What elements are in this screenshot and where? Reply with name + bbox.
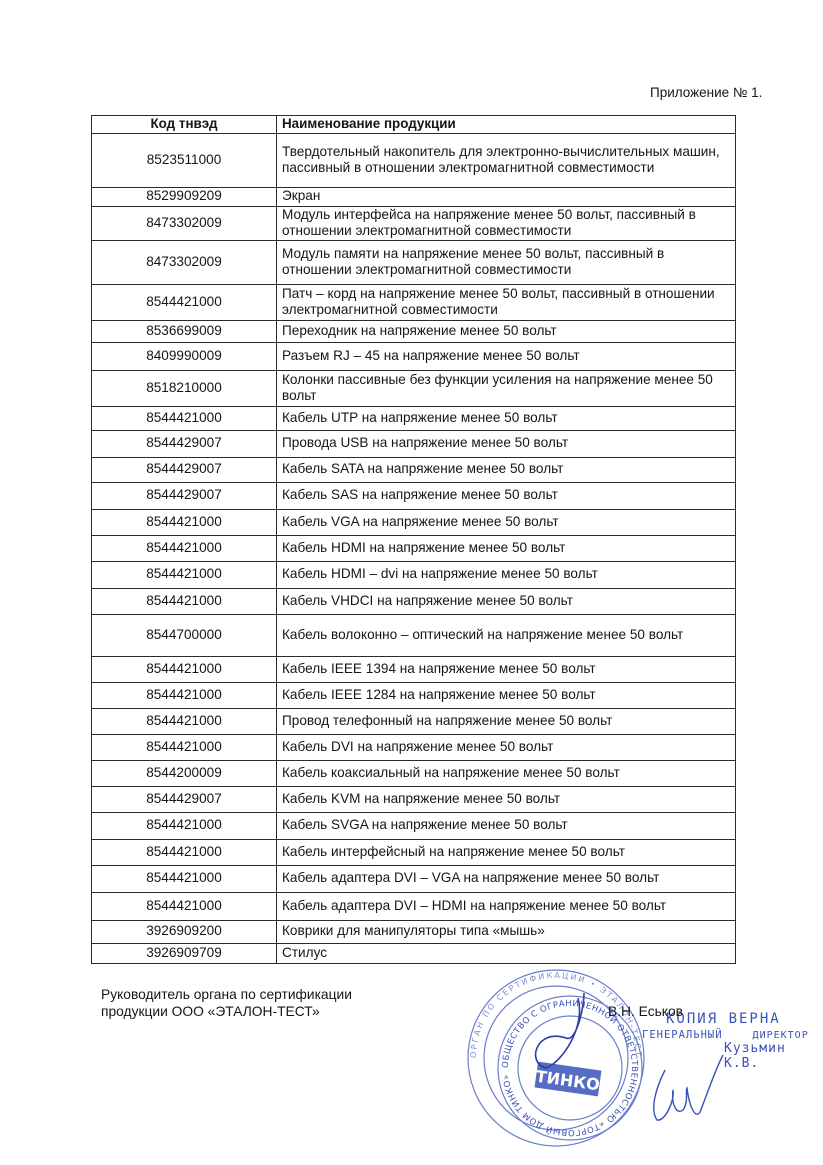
hs-code-cell: 8544429007 [92, 457, 277, 482]
column-header-name: Наименование продукции [277, 116, 736, 134]
hs-code-cell: 8544429007 [92, 786, 277, 812]
table-row: 8473302009Модуль интерфейса на напряжени… [92, 206, 736, 240]
product-name-cell: Провода USB на напряжение менее 50 вольт [277, 430, 736, 457]
product-name-cell: Стилус [277, 943, 736, 963]
hs-code-cell: 8473302009 [92, 240, 277, 284]
signatory-position-line-2: продукции ООО «ЭТАЛОН-ТЕСТ» [101, 1003, 352, 1020]
product-name-cell: Твердотельный накопитель для электронно-… [277, 133, 736, 187]
product-name-cell: Кабель SAS на напряжение менее 50 вольт [277, 482, 736, 509]
round-seal-stamp: ОРГАН ПО СЕРТИФИКАЦИИ • ЭТАЛОН-ТЕСТ ОБЩЕ… [466, 968, 646, 1148]
table-row: 8544421000Кабель IEEE 1284 на напряжение… [92, 682, 736, 708]
table-header-row: Код тнвэд Наименование продукции [92, 116, 736, 134]
signatory-position-line-1: Руководитель органа по сертификации [101, 986, 352, 1003]
table-row: 8544421000Кабель HDMI на напряжение мене… [92, 535, 736, 561]
product-name-cell: Кабель адаптера DVI – VGA на напряжение … [277, 865, 736, 892]
table-row: 8544421000Провод телефонный на напряжени… [92, 708, 736, 734]
table-row: 8544421000Патч – корд на напряжение мене… [92, 284, 736, 320]
table-row: 8544421000Кабель VGA на напряжение менее… [92, 509, 736, 535]
table-row: 8544421000Кабель интерфейсный на напряже… [92, 839, 736, 865]
hs-code-cell: 8544421000 [92, 708, 277, 734]
table-row: 8518210000Колонки пассивные без функции … [92, 370, 736, 406]
hs-code-cell: 8544421000 [92, 812, 277, 839]
table-row: 8544421000Кабель DVI на напряжение менее… [92, 734, 736, 760]
copy-stamp-line-1: КОПИЯ ВЕРНА [666, 1011, 823, 1027]
hs-code-cell: 8544421000 [92, 284, 277, 320]
hs-code-cell: 8544421000 [92, 561, 277, 588]
hs-code-cell: 8544421000 [92, 734, 277, 760]
table-row: 8536699009Переходник на напряжение менее… [92, 320, 736, 342]
hs-code-cell: 8523511000 [92, 133, 277, 187]
copy-stamp-director: ДИРЕКТОР [753, 1030, 809, 1041]
table-row: 3926909709Стилус [92, 943, 736, 963]
table-row: 8544429007Кабель KVM на напряжение менее… [92, 786, 736, 812]
product-name-cell: Кабель SATA на напряжение менее 50 вольт [277, 457, 736, 482]
signatory-position: Руководитель органа по сертификации прод… [101, 986, 352, 1020]
handwritten-signature [645, 1050, 725, 1130]
table-row: 8544421000Кабель VHDCI на напряжение мен… [92, 588, 736, 614]
product-name-cell: Кабель VGA на напряжение менее 50 вольт [277, 509, 736, 535]
hs-code-cell: 8544429007 [92, 430, 277, 457]
copy-stamp-line-2: ГЕНЕРАЛЬНЫЙДИРЕКТОР [642, 1029, 823, 1041]
product-name-cell: Колонки пассивные без функции усиления н… [277, 370, 736, 406]
table-row: 8544200009Кабель коаксиальный на напряже… [92, 760, 736, 786]
table-row: 8544700000Кабель волоконно – оптический … [92, 614, 736, 656]
table-row: 8544421000Кабель HDMI – dvi на напряжени… [92, 561, 736, 588]
table-row: 8544429007Кабель SATA на напряжение мене… [92, 457, 736, 482]
table-row: 8544421000Кабель UTP на напряжение менее… [92, 406, 736, 430]
hs-code-cell: 8544421000 [92, 535, 277, 561]
product-name-cell: Кабель IEEE 1394 на напряжение менее 50 … [277, 656, 736, 682]
hs-code-cell: 8518210000 [92, 370, 277, 406]
product-name-cell: Экран [277, 187, 736, 206]
product-name-cell: Кабель волоконно – оптический на напряже… [277, 614, 736, 656]
product-name-cell: Кабель адаптера DVI – HDMI на напряжение… [277, 892, 736, 920]
hs-code-cell: 3926909709 [92, 943, 277, 963]
product-name-cell: Коврики для манипуляторы типа «мышь» [277, 920, 736, 943]
hs-code-cell: 8529909209 [92, 187, 277, 206]
hs-code-cell: 8536699009 [92, 320, 277, 342]
products-table: Код тнвэд Наименование продукции 8523511… [91, 115, 736, 964]
appendix-label: Приложение № 1. [650, 85, 762, 100]
hs-code-cell: 8544421000 [92, 892, 277, 920]
hs-code-cell: 8544421000 [92, 656, 277, 682]
product-name-cell: Кабель UTP на напряжение менее 50 вольт [277, 406, 736, 430]
product-name-cell: Переходник на напряжение менее 50 вольт [277, 320, 736, 342]
hs-code-cell: 8544421000 [92, 865, 277, 892]
hs-code-cell: 8544200009 [92, 760, 277, 786]
hs-code-cell: 8544421000 [92, 509, 277, 535]
hs-code-cell: 8544421000 [92, 406, 277, 430]
copy-stamp-title: ГЕНЕРАЛЬНЫЙ [642, 1029, 723, 1041]
product-name-cell: Модуль памяти на напряжение менее 50 вол… [277, 240, 736, 284]
table-row: 8544429007Кабель SAS на напряжение менее… [92, 482, 736, 509]
hs-code-cell: 8409990009 [92, 342, 277, 370]
product-name-cell: Кабель интерфейсный на напряжение менее … [277, 839, 736, 865]
hs-code-cell: 8473302009 [92, 206, 277, 240]
hs-code-cell: 8544421000 [92, 839, 277, 865]
product-name-cell: Кабель HDMI на напряжение менее 50 вольт [277, 535, 736, 561]
product-name-cell: Кабель коаксиальный на напряжение менее … [277, 760, 736, 786]
copy-stamp-signatory: Кузьмин К.В. [724, 1041, 823, 1071]
hs-code-cell: 8544421000 [92, 588, 277, 614]
signer-name: В.Н. Еськов [608, 1004, 683, 1019]
column-header-code: Код тнвэд [92, 116, 277, 134]
product-name-cell: Патч – корд на напряжение менее 50 вольт… [277, 284, 736, 320]
product-name-cell: Разъем RJ – 45 на напряжение менее 50 во… [277, 342, 736, 370]
hs-code-cell: 8544700000 [92, 614, 277, 656]
table-row: 8544421000Кабель IEEE 1394 на напряжение… [92, 656, 736, 682]
hs-code-cell: 3926909200 [92, 920, 277, 943]
table-row: 8529909209Экран [92, 187, 736, 206]
table-row: 8523511000Твердотельный накопитель для э… [92, 133, 736, 187]
product-name-cell: Кабель HDMI – dvi на напряжение менее 50… [277, 561, 736, 588]
table-row: 8473302009Модуль памяти на напряжение ме… [92, 240, 736, 284]
table-row: 8544421000Кабель SVGA на напряжение мене… [92, 812, 736, 839]
product-name-cell: Кабель IEEE 1284 на напряжение менее 50 … [277, 682, 736, 708]
product-name-cell: Кабель SVGA на напряжение менее 50 вольт [277, 812, 736, 839]
product-name-cell: Кабель VHDCI на напряжение менее 50 воль… [277, 588, 736, 614]
table-row: 8409990009Разъем RJ – 45 на напряжение м… [92, 342, 736, 370]
product-name-cell: Кабель DVI на напряжение менее 50 вольт [277, 734, 736, 760]
table-row: 8544421000Кабель адаптера DVI – HDMI на … [92, 892, 736, 920]
hs-code-cell: 8544421000 [92, 682, 277, 708]
table-row: 8544421000Кабель адаптера DVI – VGA на н… [92, 865, 736, 892]
table-row: 8544429007Провода USB на напряжение мене… [92, 430, 736, 457]
table-row: 3926909200Коврики для манипуляторы типа … [92, 920, 736, 943]
hs-code-cell: 8544429007 [92, 482, 277, 509]
product-name-cell: Провод телефонный на напряжение менее 50… [277, 708, 736, 734]
product-name-cell: Кабель KVM на напряжение менее 50 вольт [277, 786, 736, 812]
product-name-cell: Модуль интерфейса на напряжение менее 50… [277, 206, 736, 240]
